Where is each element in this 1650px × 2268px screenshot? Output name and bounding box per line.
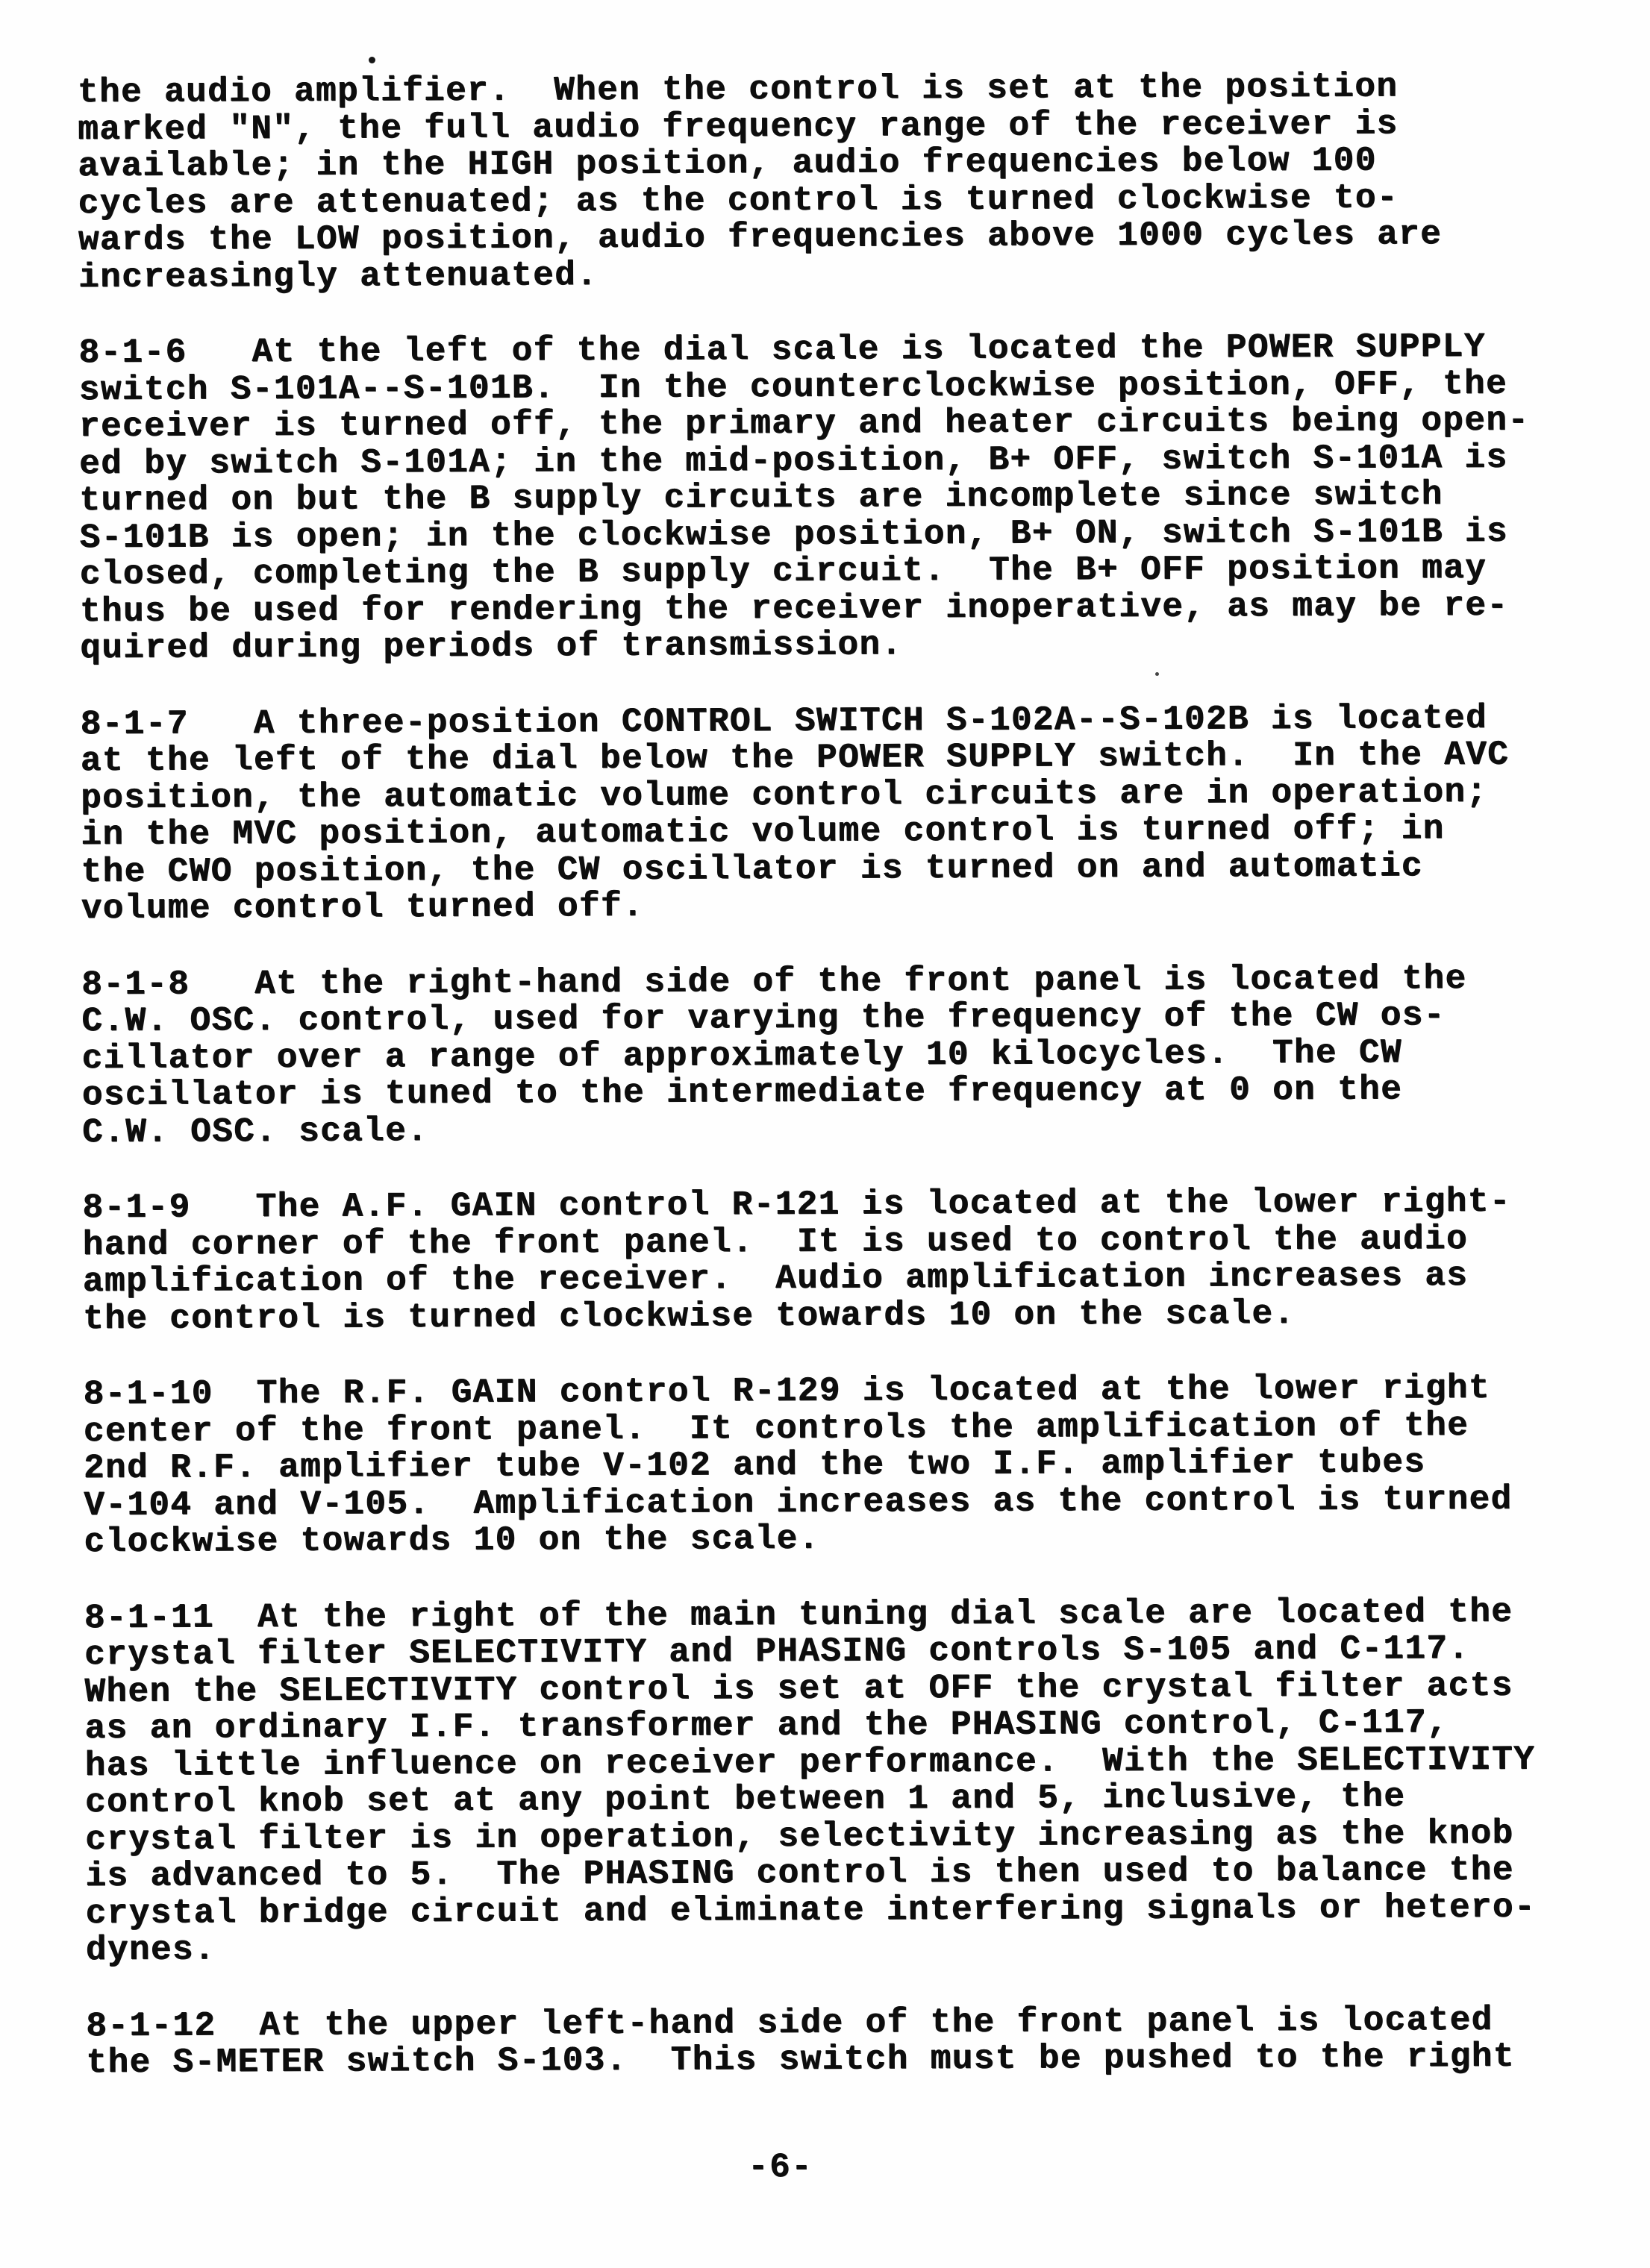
ink-speck bbox=[369, 57, 375, 63]
paragraph-8-1-9-af-gain-control: 8-1-9 The A.F. GAIN control R-121 is loc… bbox=[83, 1184, 1534, 1338]
paragraph-8-1-7-control-switch: 8-1-7 A three-position CONTROL SWITCH S-… bbox=[81, 700, 1532, 927]
paragraph-8-1-8-cw-osc-control: 8-1-8 At the right-hand side of the fron… bbox=[81, 960, 1532, 1151]
paragraph-8-1-12-s-meter-switch: 8-1-12 At the upper left-hand side of th… bbox=[86, 2002, 1537, 2081]
page-text: the audio amplifier. When the control is… bbox=[78, 69, 1537, 2121]
paragraph-8-1-10-rf-gain-control: 8-1-10 The R.F. GAIN control R-129 is lo… bbox=[84, 1370, 1534, 1561]
paragraph-8-1-6-power-supply-switch: 8-1-6 At the left of the dial scale is l… bbox=[79, 329, 1531, 668]
manual-page: the audio amplifier. When the control is… bbox=[0, 0, 1650, 2268]
paragraph-8-1-11-selectivity-phasing-controls: 8-1-11 At the right of the main tuning d… bbox=[84, 1594, 1536, 1969]
page-number: -6- bbox=[748, 2149, 813, 2187]
paragraph-continuation-audio-amplifier: the audio amplifier. When the control is… bbox=[78, 69, 1529, 296]
